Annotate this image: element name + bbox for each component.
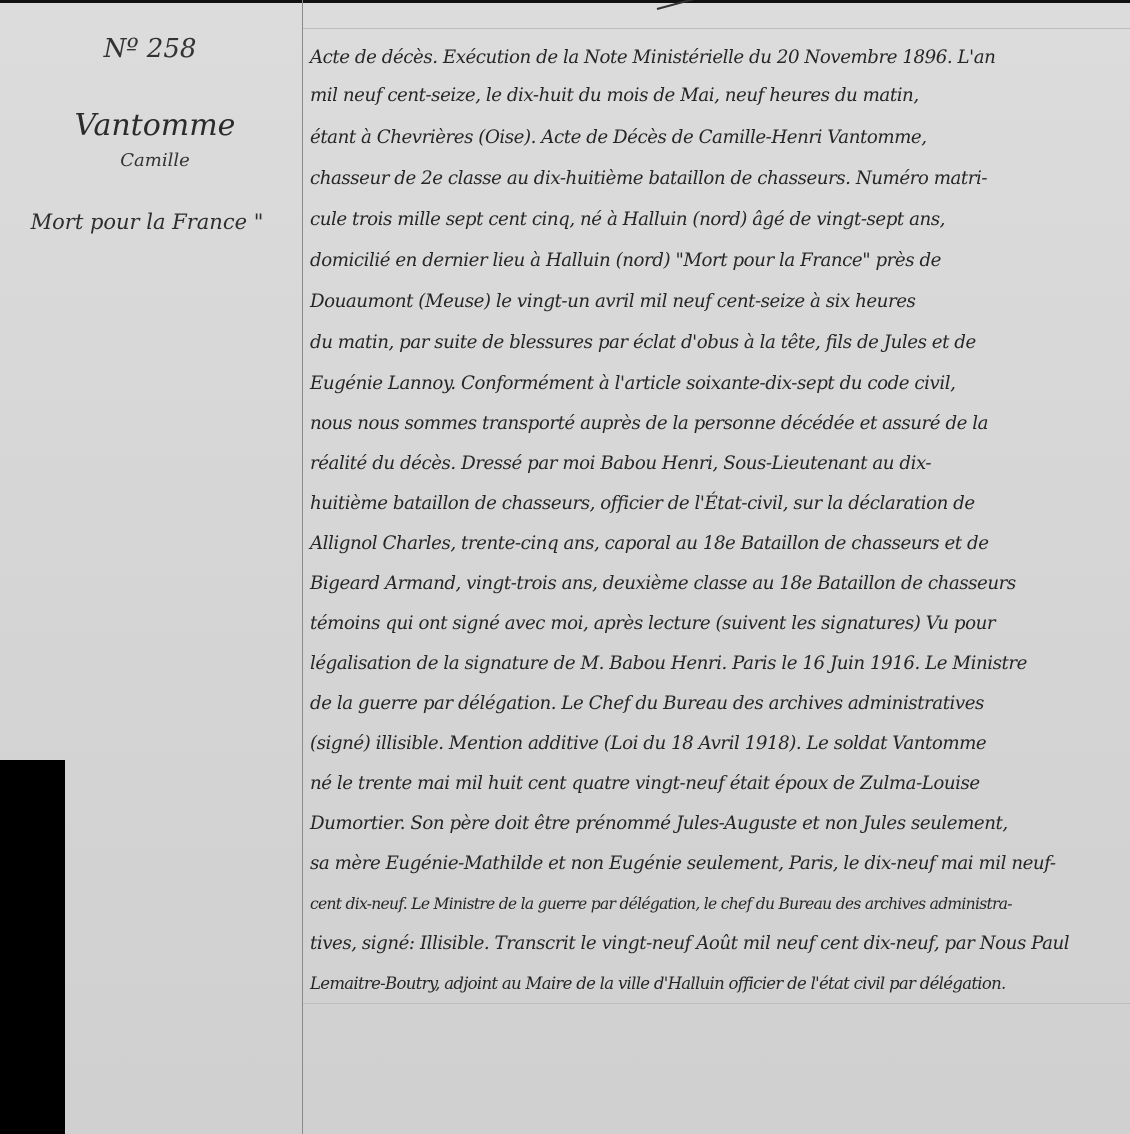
text-line: chasseur de 2e classe au dix-huitième ba… [310, 161, 1130, 197]
text-line: mil neuf cent-seize, le dix-huit du mois… [310, 78, 1130, 114]
deceased-surname: Vantomme [40, 108, 270, 143]
deceased-first-name: Camille [60, 150, 250, 171]
text-line: cent dix-neuf. Le Ministre de la guerre … [310, 886, 1130, 922]
text-line: Dumortier. Son père doit être prénommé J… [310, 806, 1130, 842]
margin-rule-line [302, 0, 303, 1134]
mort-pour-la-france-mention: Mort pour la France " [2, 210, 292, 234]
black-redaction-block [0, 760, 65, 1134]
text-line: légalisation de la signature de M. Babou… [310, 646, 1130, 682]
ruled-line [303, 28, 1130, 29]
text-line: Acte de décès. Exécution de la Note Mini… [310, 40, 1130, 76]
text-line: Douaumont (Meuse) le vingt-un avril mil … [310, 284, 1130, 320]
text-line: Lemaitre-Boutry, adjoint au Maire de la … [310, 966, 1130, 1002]
text-line: nous nous sommes transporté auprès de la… [310, 406, 1130, 442]
entry-number: Nº 258 [70, 34, 230, 64]
text-line: né le trente mai mil huit cent quatre vi… [310, 766, 1130, 802]
text-line: réalité du décès. Dressé par moi Babou H… [310, 446, 1130, 482]
text-line: de la guerre par délégation. Le Chef du … [310, 686, 1130, 722]
text-line: du matin, par suite de blessures par écl… [310, 325, 1130, 361]
text-line: étant à Chevrières (Oise). Acte de Décès… [310, 120, 1130, 156]
text-line: Eugénie Lannoy. Conformément à l'article… [310, 366, 1130, 402]
text-line: (signé) illisible. Mention additive (Loi… [310, 726, 1130, 762]
text-line: témoins qui ont signé avec moi, après le… [310, 606, 1130, 642]
text-line: huitième bataillon de chasseurs, officie… [310, 486, 1130, 522]
text-line: domicilié en dernier lieu à Halluin (nor… [310, 243, 1130, 279]
text-line: sa mère Eugénie-Mathilde et non Eugénie … [310, 846, 1130, 882]
register-page: Nº 258 Vantomme Camille Mort pour la Fra… [0, 0, 1130, 1134]
margin-annotation: Nº 258 Vantomme Camille Mort pour la Fra… [0, 0, 300, 760]
ruled-line [303, 1003, 1130, 1004]
text-line: Allignol Charles, trente-cinq ans, capor… [310, 526, 1130, 562]
text-line: Bigeard Armand, vingt-trois ans, deuxièm… [310, 566, 1130, 602]
text-line: cule trois mille sept cent cinq, né à Ha… [310, 202, 1130, 238]
text-line: tives, signé: Illisible. Transcrit le vi… [310, 926, 1130, 962]
